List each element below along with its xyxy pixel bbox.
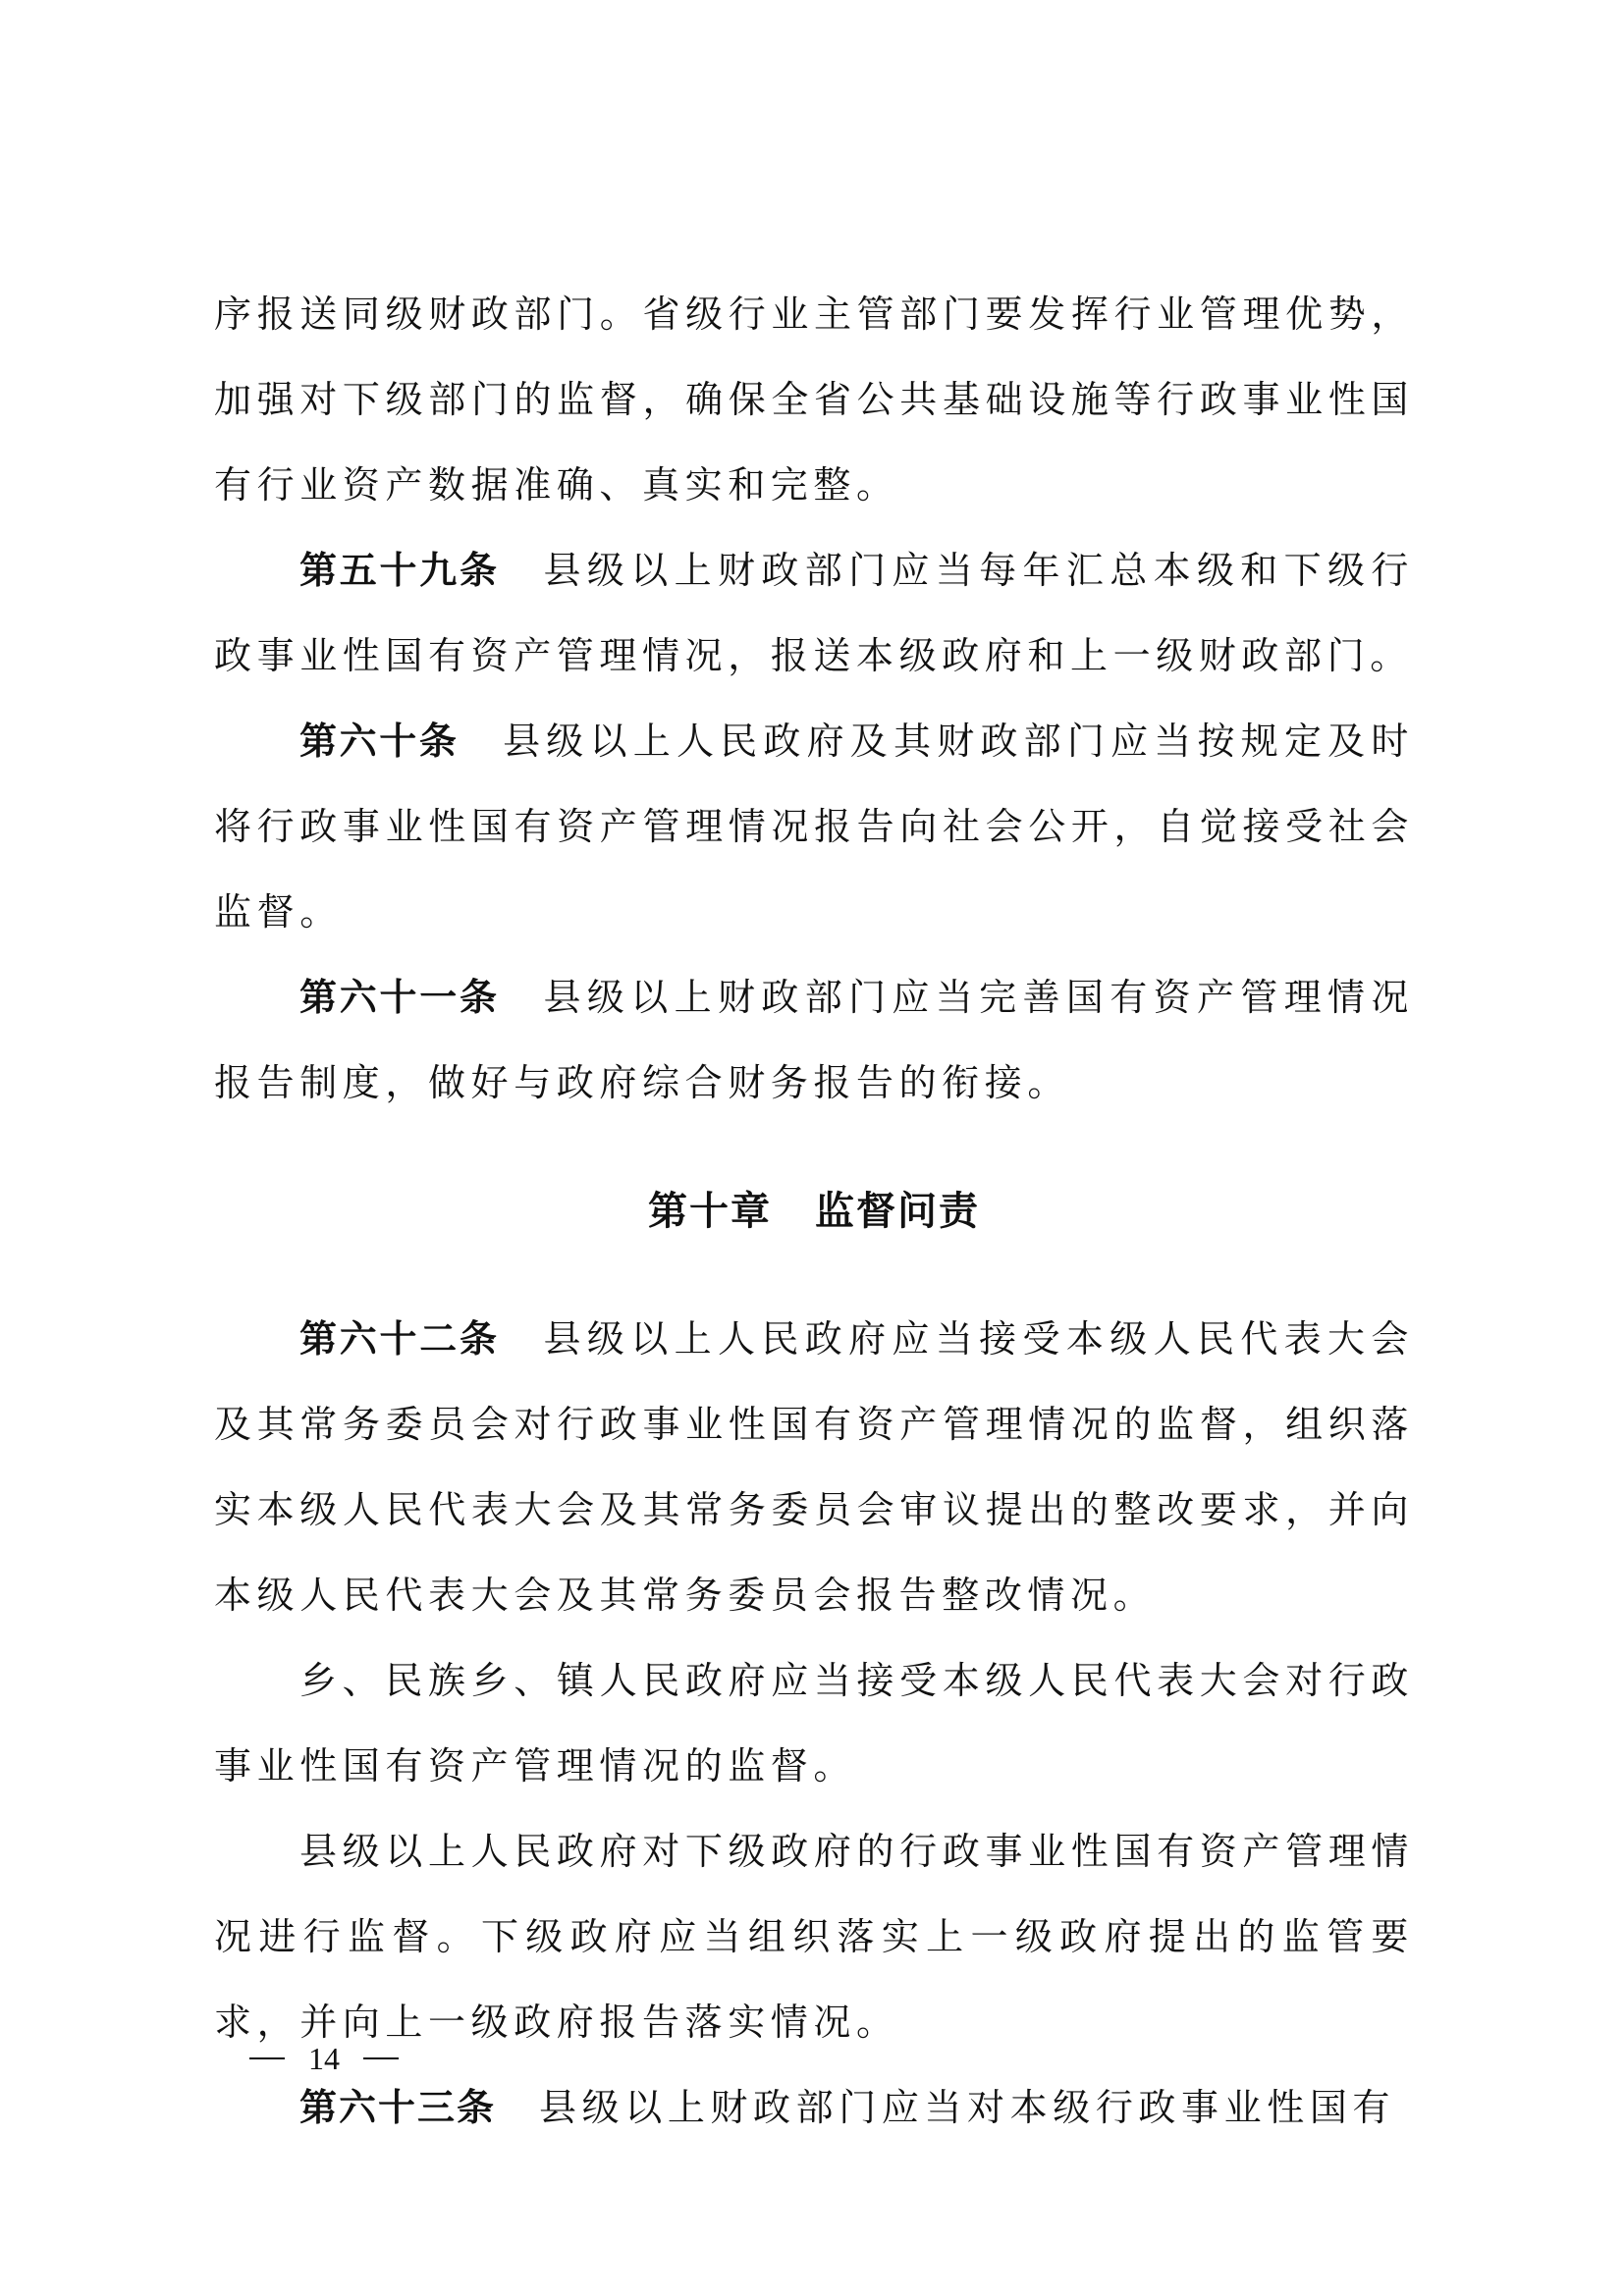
chapter-title: 监督问责 — [815, 1188, 980, 1234]
document-body: 序报送同级财政部门。省级行业主管部门要发挥行业管理优势，加强对下级部门的监督，确… — [214, 272, 1414, 2151]
paragraph-continuation: 序报送同级财政部门。省级行业主管部门要发挥行业管理优势，加强对下级部门的监督，确… — [214, 272, 1414, 528]
article-number: 第六十一条 — [299, 976, 500, 1019]
paragraph-township-supervision: 乡、民族乡、镇人民政府应当接受本级人民代表大会对行政事业性国有资产管理情况的监督… — [214, 1638, 1414, 1809]
article-number: 第五十九条 — [299, 549, 500, 592]
chapter-number: 第十章 — [648, 1188, 772, 1234]
page-number: 14 — [249, 2039, 399, 2078]
document-page: 序报送同级财政部门。省级行业主管部门要发挥行业管理优势，加强对下级部门的监督，确… — [0, 0, 1624, 2296]
article-61: 第六十一条县级以上财政部门应当完善国有资产管理情况报告制度，做好与政府综合财务报… — [214, 955, 1414, 1126]
page-number-dash-right — [363, 2057, 399, 2059]
article-text: 县级以上人民政府应当接受本级人民代表大会及其常务委员会对行政事业性国有资产管理情… — [214, 1317, 1414, 1617]
article-number: 第六十三条 — [299, 2086, 496, 2129]
article-62: 第六十二条县级以上人民政府应当接受本级人民代表大会及其常务委员会对行政事业性国有… — [214, 1297, 1414, 1638]
paragraph-county-supervision: 县级以上人民政府对下级政府的行政事业性国有资产管理情况进行监督。下级政府应当组织… — [214, 1809, 1414, 2065]
article-63: 第六十三条县级以上财政部门应当对本级行政事业性国有 — [214, 2065, 1414, 2151]
chapter-heading: 第十章监督问责 — [214, 1126, 1414, 1297]
article-text: 县级以上财政部门应当对本级行政事业性国有 — [539, 2086, 1395, 2129]
article-60: 第六十条县级以上人民政府及其财政部门应当按规定及时将行政事业性国有资产管理情况报… — [214, 699, 1414, 955]
article-59: 第五十九条县级以上财政部门应当每年汇总本级和下级行政事业性国有资产管理情况，报送… — [214, 528, 1414, 699]
article-number: 第六十条 — [299, 720, 459, 763]
article-number: 第六十二条 — [299, 1317, 500, 1361]
page-number-value: 14 — [308, 2039, 340, 2078]
page-number-dash-left — [249, 2057, 285, 2059]
